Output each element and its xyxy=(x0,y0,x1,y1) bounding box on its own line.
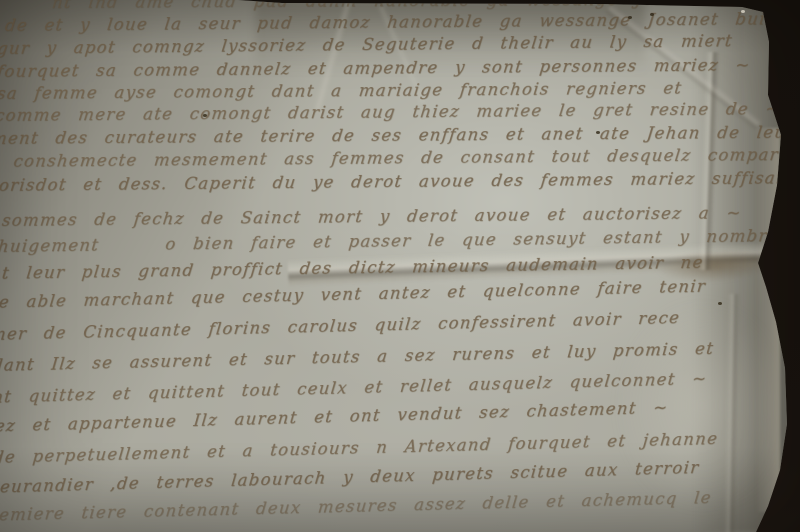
ink-speck xyxy=(203,114,207,117)
ink-speck xyxy=(650,13,654,16)
manuscript-text-line: sommes de fechz de Sainct mort y derot a… xyxy=(1,203,743,231)
photo-stage: nt ind ame chud pud danm hanorable ga we… xyxy=(0,0,800,532)
manuscript-text-line: t conshemecte mesmement ass femmes de co… xyxy=(0,145,800,172)
manuscript-text-line: torisdot et dess. Caperit du ye derot av… xyxy=(0,168,800,196)
manuscript-text-line: dant Ilz se assurent et sur touts a sez … xyxy=(0,339,715,376)
ink-speck xyxy=(596,131,600,134)
manuscript-text-line: gur y apot comngz lyssoriez de Seguterie… xyxy=(0,31,734,59)
manuscript-text-line: comme mere ate comongt darist aug thiez … xyxy=(0,99,782,126)
manuscript-text-line: huigement o bien faire et passer le que … xyxy=(0,226,780,257)
dust-speck xyxy=(741,10,745,13)
ink-speck xyxy=(718,302,722,305)
parchment-sheet: nt ind ame chud pud danm hanorable ga we… xyxy=(0,0,800,532)
manuscript-text-layer: nt ind ame chud pud danm hanorable ga we… xyxy=(0,0,800,532)
manuscript-text-line: mer de Cincquante florins carolus quilz … xyxy=(0,308,681,345)
ink-speck xyxy=(628,16,632,19)
